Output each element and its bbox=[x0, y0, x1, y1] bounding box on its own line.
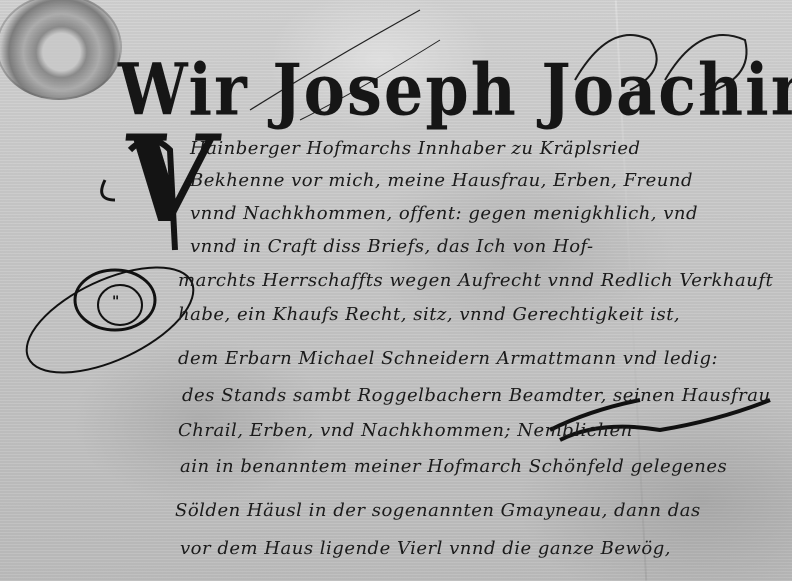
text-line-1: Hainberger Hofmarchs Innhaber zu Kräplsr… bbox=[190, 138, 641, 159]
manuscript-page: " Wir Joseph Joachimb Hainberger Hofmarc… bbox=[0, 0, 792, 581]
text-line-2: Bekhenne vor mich, meine Hausfrau, Erben… bbox=[190, 170, 693, 191]
svg-text:": " bbox=[112, 294, 119, 310]
text-line-3: vnnd Nachkhommen, offent: gegen menigkhl… bbox=[190, 203, 698, 224]
text-line-6: habe, ein Khaufs Recht, sitz, vnnd Gerec… bbox=[178, 304, 680, 325]
text-line-8: des Stands sambt Roggelbachern Beamdter,… bbox=[182, 385, 771, 406]
text-line-12: vor dem Haus ligende Vierl vnnd die ganz… bbox=[180, 538, 671, 559]
text-line-7: dem Erbarn Michael Schneidern Armattmann… bbox=[178, 348, 718, 369]
text-line-5: marchts Herrschaffts wegen Aufrecht vnnd… bbox=[178, 270, 773, 291]
text-line-9: Chrail, Erben, vnd Nachkhommen; Nemblich… bbox=[178, 420, 633, 441]
wax-seal-icon bbox=[0, 0, 122, 100]
text-line-4: vnnd in Craft diss Briefs, das Ich von H… bbox=[190, 236, 594, 257]
text-line-10: ain in benanntem meiner Hofmarch Schönfe… bbox=[180, 456, 727, 477]
decorated-initial-letter: V bbox=[116, 120, 222, 240]
text-line-11: Sölden Häusl in der sogenannten Gmayneau… bbox=[175, 500, 701, 521]
